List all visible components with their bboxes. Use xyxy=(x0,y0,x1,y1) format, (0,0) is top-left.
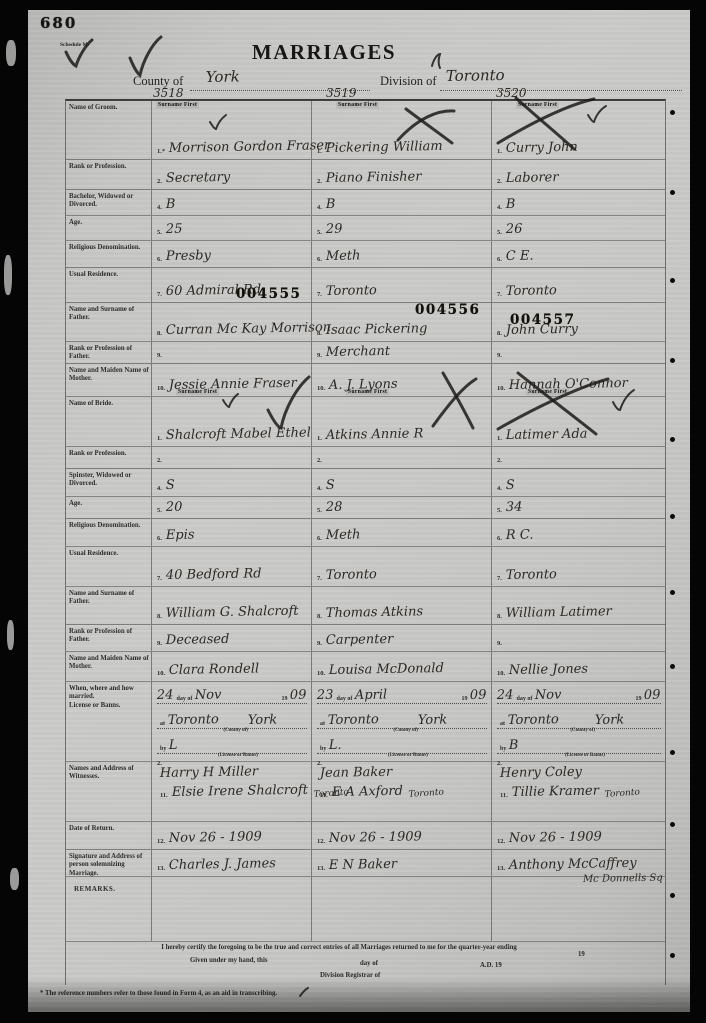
handwritten-signature: E N Baker xyxy=(329,857,397,873)
handwritten-day: 24 xyxy=(497,688,514,703)
item-number: 9. xyxy=(157,352,162,360)
year-stub: 19 xyxy=(578,951,585,958)
item-number: 5. xyxy=(317,229,322,237)
form-cell: 5.20 xyxy=(151,497,311,518)
county-of-label: (County of) xyxy=(393,728,418,733)
surname-first-stamp: Surname First xyxy=(516,102,559,109)
scan-edge-top xyxy=(0,0,706,10)
item-number: 4. xyxy=(157,485,162,493)
handwritten-county: York xyxy=(595,712,625,728)
marriage-method-line: byL.(License or Banns) xyxy=(317,734,487,754)
handwritten-entry: S xyxy=(326,478,335,493)
item-number: 4. xyxy=(317,204,322,212)
handwritten-entry: Toronto xyxy=(506,567,557,583)
row-label: Rank or Profession of Father. xyxy=(66,625,151,651)
form-row: Usual Residence.7.40 Bedford Rd7.Toronto… xyxy=(66,547,665,587)
item-number: 7. xyxy=(317,291,322,299)
item-number: 13. xyxy=(317,865,325,873)
binder-dot xyxy=(670,190,675,195)
form-cell: 6.Meth xyxy=(311,241,491,267)
item-number: 5. xyxy=(157,229,162,237)
item-number: 11. xyxy=(320,792,328,800)
handwritten-entry: William G. Shalcroft xyxy=(166,604,299,621)
handwritten-entry: 25 xyxy=(166,222,183,237)
row-label: Names and Address of Witnesses. xyxy=(66,762,151,821)
item-number: 10. xyxy=(497,385,505,393)
row-label: Age. xyxy=(66,497,151,518)
handwritten-entry: Pickering William xyxy=(326,139,443,156)
handwritten-entry: Curran Mc Kay Morrison xyxy=(166,320,332,338)
form-row: Rank or Profession.2.2.2. xyxy=(66,447,665,469)
item-number: 13. xyxy=(157,865,165,873)
form-cell: 4.S xyxy=(491,469,665,496)
item-number: 2. xyxy=(497,178,502,186)
form-row: Bachelor, Widowed or Divorced.4.B4.B4.B xyxy=(66,190,665,216)
handwritten-entry: Deceased xyxy=(166,632,230,648)
remarks-cell xyxy=(491,877,665,941)
handwritten-year: 09 xyxy=(644,688,661,703)
registration-number: 3519 xyxy=(326,86,357,100)
handwritten-entry: B xyxy=(326,197,336,212)
division-of-label: Division of xyxy=(380,74,437,89)
handwritten-entry: 29 xyxy=(326,222,343,237)
form-cell: 7.Toronto xyxy=(311,547,491,586)
item-number: 8. xyxy=(317,613,322,621)
row-label: Name and Maiden Name of Mother. xyxy=(66,652,151,681)
handwritten-method: L. xyxy=(329,738,342,753)
division-value-handwriting: Toronto xyxy=(446,66,505,85)
item-number: 8. xyxy=(497,330,502,338)
handwritten-entry: Clara Rondell xyxy=(169,661,260,678)
marriage-place-line: atTorontoYork(County of) xyxy=(497,709,661,729)
handwritten-entry: Isaac Pickering xyxy=(326,321,428,338)
at-label: at xyxy=(500,721,505,728)
row-label: Signature and Address of person solemniz… xyxy=(66,850,151,876)
binder-dot xyxy=(670,893,675,898)
item-number: 4. xyxy=(497,485,502,493)
handwritten-entry: Merchant xyxy=(326,344,390,360)
item-number: 2. xyxy=(497,457,502,465)
form-cell: 10.Hannah O'Connor xyxy=(491,364,665,396)
handwritten-witness-2: E A Axford xyxy=(332,784,403,800)
row-label-line: License or Banns. xyxy=(69,702,149,710)
marriage-date-line: 24day ofNov1909 xyxy=(497,684,661,704)
scan-artifact xyxy=(6,40,16,66)
row-label-line: When, where and how married. xyxy=(69,685,149,702)
license-or-banns-label: (License or Banns) xyxy=(218,753,258,758)
return-cell: 12.Nov 26 - 1909 xyxy=(491,822,665,849)
county-of-label: (County of) xyxy=(223,728,248,733)
form-cell: 1.Atkins Annie R xyxy=(311,397,491,446)
item-number: 4. xyxy=(157,204,162,212)
handwritten-entry: William Latimer xyxy=(506,604,612,621)
surname-first-stamp: Surname First xyxy=(526,389,569,396)
handwritten-entry: Piano Finisher xyxy=(326,169,422,186)
item-number: 9. xyxy=(497,352,502,360)
item-number: 6. xyxy=(157,535,162,543)
item-number: 6. xyxy=(317,535,322,543)
given-under-hand-text: Given under my hand, this xyxy=(190,957,268,964)
handwritten-witness-place: Toronto xyxy=(408,788,444,800)
row-label: Age. xyxy=(66,216,151,240)
form-cell: 1.*Morrison Gordon Fraser xyxy=(151,101,311,159)
marriage-place-line: atTorontoYork(County of) xyxy=(157,709,307,729)
county-value-handwriting: York xyxy=(206,67,240,86)
binder-dot xyxy=(670,358,675,363)
row-label: Date of Return. xyxy=(66,822,151,849)
page-title: MARRIAGES xyxy=(28,40,620,65)
item-number: 2. xyxy=(317,457,322,465)
row-label: When, where and how married.License or B… xyxy=(66,682,151,761)
form-cell: 9. xyxy=(151,342,311,363)
form-cell: 2. xyxy=(491,447,665,468)
registration-number: 3518 xyxy=(153,86,184,100)
binder-dot xyxy=(670,110,675,115)
by-label: by xyxy=(500,746,506,753)
scan-artifact xyxy=(4,255,12,295)
form-cell: 7.Toronto xyxy=(311,268,491,302)
item-number: 8. xyxy=(497,613,502,621)
handwritten-method: L xyxy=(169,738,178,753)
handwritten-signature: Anthony McCaffrey xyxy=(509,856,637,873)
item-number: 10. xyxy=(497,670,505,678)
item-number: 5. xyxy=(497,507,502,515)
date-of-return-row: Date of Return.12.Nov 26 - 190912.Nov 26… xyxy=(66,822,665,850)
form-cell: 9. xyxy=(491,342,665,363)
row-label: Rank or Profession of Father. xyxy=(66,342,151,363)
item-number: 6. xyxy=(317,256,322,264)
item-number: 1. xyxy=(317,435,322,443)
handwritten-entry: Morrison Gordon Fraser xyxy=(169,138,331,156)
item-number: 6. xyxy=(157,256,162,264)
form-cell: 10.Nellie Jones xyxy=(491,652,665,681)
item-number: 2. xyxy=(317,178,322,186)
binder-dot xyxy=(670,278,675,283)
item-number: 10. xyxy=(317,670,325,678)
handwritten-entry: Thomas Atkins xyxy=(326,604,423,621)
item-number: 7. xyxy=(497,575,502,583)
form-row: Name and Surname of Father.8.William G. … xyxy=(66,587,665,625)
handwritten-entry: Presby xyxy=(166,248,211,264)
item-number: 4. xyxy=(317,485,322,493)
form-row: Rank or Profession of Father.9.9.Merchan… xyxy=(66,342,665,364)
marriage-date-line: 24day ofNov1909 xyxy=(157,684,307,704)
surname-first-stamp: Surname First xyxy=(176,389,219,396)
binder-dot xyxy=(670,953,675,958)
register-table: Name of Groom.1.*Morrison Gordon Fraser1… xyxy=(65,99,666,985)
item-number: 12. xyxy=(497,838,505,846)
marriage-row: When, where and how married.License or B… xyxy=(66,682,665,762)
serial-number-stamp: 004556 xyxy=(415,302,480,318)
scan-artifact xyxy=(10,868,19,890)
marriage-cell: 24day ofNov1909atTorontoYork(County of)b… xyxy=(151,682,311,761)
form-cell: 9. xyxy=(491,625,665,651)
handwritten-witness-place: Toronto xyxy=(604,788,640,800)
marriage-method-line: byB(License or Banns) xyxy=(497,734,661,754)
row-label: Usual Residence. xyxy=(66,547,151,586)
by-label: by xyxy=(160,746,166,753)
surname-first-stamp: Surname First xyxy=(346,389,389,396)
county-of-label: (County of) xyxy=(570,728,595,733)
form-cell: 1.Latimer Ada xyxy=(491,397,665,446)
handwritten-entry: Nov 26 - 1909 xyxy=(509,829,602,846)
handwritten-entry: Toronto xyxy=(326,567,377,583)
handwritten-entry: R C. xyxy=(506,528,534,543)
surname-first-stamp: Surname First xyxy=(336,102,379,109)
row-label: Name and Maiden Name of Mother. xyxy=(66,364,151,396)
handwritten-month: Nov xyxy=(195,688,222,703)
handwritten-entry: Epis xyxy=(166,528,195,543)
row-label: Rank or Profession. xyxy=(66,447,151,468)
item-number: 11. xyxy=(500,792,508,800)
handwritten-day: 23 xyxy=(317,688,334,703)
scan-edge-bottom xyxy=(0,1012,706,1023)
form-cell: 4.S xyxy=(311,469,491,496)
item-number: 12. xyxy=(157,838,165,846)
certify-text: I hereby certify the foregoing to be the… xyxy=(68,944,610,951)
row-label: Name of Bride. xyxy=(66,397,151,446)
binder-dot xyxy=(670,590,675,595)
row-label: Name and Surname of Father. xyxy=(66,303,151,341)
ad-label: A.D. 19 xyxy=(480,962,502,969)
form-cell: 8.Curran Mc Kay Morrison xyxy=(151,303,311,341)
handwritten-entry: B xyxy=(166,197,176,212)
form-row: Name of Bride.1.Shalcroft Mabel Ethel1.A… xyxy=(66,397,665,447)
form-cell: 5.34 xyxy=(491,497,665,518)
form-cell: 4.B xyxy=(491,190,665,215)
form-cell: 2.Secretary xyxy=(151,160,311,189)
binder-dot xyxy=(670,437,675,442)
bottom-fold-shadow xyxy=(28,978,690,1012)
form-cell: 4.B xyxy=(311,190,491,215)
scan-artifact xyxy=(7,620,14,650)
row-label: Name of Groom. xyxy=(66,101,151,159)
form-row: Name of Groom.1.*Morrison Gordon Fraser1… xyxy=(66,101,665,160)
form-row: Age.5.205.285.34 xyxy=(66,497,665,519)
form-cell: 10.Jessie Annie Fraser xyxy=(151,364,311,396)
form-row: Name and Maiden Name of Mother.10.Clara … xyxy=(66,652,665,682)
scanned-marriage-register-page: 680 Schedule M. MARRIAGES County of York… xyxy=(0,0,706,1023)
witness-line-2: 11.Tillie KramerToronto xyxy=(500,785,663,800)
year-prefix: 19 xyxy=(635,696,641,703)
form-cell: 8.Thomas Atkins xyxy=(311,587,491,624)
handwritten-entry: 20 xyxy=(166,500,183,515)
handwritten-witness-2: Elsie Irene Shalcroft xyxy=(172,783,308,800)
handwritten-signature: Charles J. James xyxy=(169,856,276,873)
handwritten-entry: 26 xyxy=(506,222,523,237)
form-cell: 5.25 xyxy=(151,216,311,240)
row-label: Spinster, Widowed or Divorced. xyxy=(66,469,151,496)
handwritten-entry: C E. xyxy=(506,249,534,264)
by-label: by xyxy=(320,746,326,753)
form-cell: 7.Toronto xyxy=(491,547,665,586)
form-cell: 6.R C. xyxy=(491,519,665,546)
registration-number: 3520 xyxy=(496,86,527,100)
form-cell: 5.26 xyxy=(491,216,665,240)
handwritten-entry: S xyxy=(506,478,515,493)
marriage-place-line: atTorontoYork(County of) xyxy=(317,709,487,729)
form-row: Age.5.255.295.26 xyxy=(66,216,665,241)
item-number: 10. xyxy=(157,385,165,393)
form-cell: 1.Shalcroft Mabel Ethel xyxy=(151,397,311,446)
year-prefix: 19 xyxy=(281,696,287,703)
item-number: 7. xyxy=(497,291,502,299)
day-of-label: day of xyxy=(337,696,353,703)
handwritten-entry: Carpenter xyxy=(326,632,394,648)
form-cell: 10.A. J. Lyons xyxy=(311,364,491,396)
at-label: at xyxy=(160,721,165,728)
remarks-cell xyxy=(311,877,491,941)
license-or-banns-label: (License or Banns) xyxy=(388,753,428,758)
item-number: 9. xyxy=(157,640,162,648)
division-underline xyxy=(440,89,682,91)
form-cell: 5.29 xyxy=(311,216,491,240)
signature-row: Signature and Address of person solemniz… xyxy=(66,850,665,877)
form-cell: 2. xyxy=(151,447,311,468)
form-cell: 6.C E. xyxy=(491,241,665,267)
handwritten-year: 09 xyxy=(290,688,307,703)
witness-line-2: 11.E A AxfordToronto xyxy=(320,785,489,800)
witness-cell: Harry H Miller11.Elsie Irene ShalcroftTo… xyxy=(151,762,311,821)
form-cell: 9.Deceased xyxy=(151,625,311,651)
item-number: 6. xyxy=(497,535,502,543)
handwritten-entry: Shalcroft Mabel Ethel xyxy=(166,425,311,443)
item-number: 2. xyxy=(157,178,162,186)
handwritten-year: 09 xyxy=(470,688,487,703)
form-cell: 4.B xyxy=(151,190,311,215)
form-row: Rank or Profession.2.Secretary2.Piano Fi… xyxy=(66,160,665,190)
witness-cell: Henry Coley11.Tillie KramerToronto xyxy=(491,762,665,821)
item-number: 1. xyxy=(317,148,322,156)
row-label: Religious Denomination. xyxy=(66,241,151,267)
signature-cell: 13.Charles J. James xyxy=(151,850,311,876)
item-number: 9. xyxy=(317,640,322,648)
handwritten-place: Toronto xyxy=(328,712,379,728)
handwritten-day: 24 xyxy=(157,688,174,703)
item-number: 8. xyxy=(157,613,162,621)
binder-dot xyxy=(670,822,675,827)
item-number: 5. xyxy=(157,507,162,515)
item-number: 1. xyxy=(497,435,502,443)
item-number: 13. xyxy=(497,865,505,873)
item-number: 5. xyxy=(317,507,322,515)
item-number: 8. xyxy=(157,330,162,338)
handwritten-entry: 34 xyxy=(506,500,523,515)
form-cell: 6.Presby xyxy=(151,241,311,267)
binder-dot xyxy=(670,750,675,755)
witness-cell: Jean Baker11.E A AxfordToronto xyxy=(311,762,491,821)
marriage-date-line: 23day ofApril1909 xyxy=(317,684,487,704)
form-cell: 6.Epis xyxy=(151,519,311,546)
at-label: at xyxy=(320,721,325,728)
handwritten-entry: Meth xyxy=(326,248,361,264)
form-cell: 5.28 xyxy=(311,497,491,518)
day-of-label: day of xyxy=(360,960,378,967)
row-label: Rank or Profession. xyxy=(66,160,151,189)
handwritten-entry: Toronto xyxy=(326,283,377,299)
remarks-row: REMARKS. xyxy=(66,877,665,942)
serial-number-stamp: 004557 xyxy=(510,312,575,328)
handwritten-entry: 40 Bedford Rd xyxy=(166,566,262,583)
form-row: Religious Denomination.6.Presby6.Meth6.C… xyxy=(66,241,665,268)
witness-line-2: 11.Elsie Irene ShalcroftToronto xyxy=(160,785,309,800)
item-number: 10. xyxy=(317,385,325,393)
form-cell: 2.Laborer xyxy=(491,160,665,189)
row-label: Name and Surname of Father. xyxy=(66,587,151,624)
day-of-label: day of xyxy=(517,696,533,703)
return-cell: 12.Nov 26 - 1909 xyxy=(151,822,311,849)
handwritten-place: Toronto xyxy=(168,712,219,728)
item-number: 6. xyxy=(497,256,502,264)
handwritten-method: B xyxy=(509,738,519,753)
handwritten-entry: Secretary xyxy=(166,170,231,186)
handwritten-county: York xyxy=(418,712,448,728)
item-number: 7. xyxy=(317,575,322,583)
form-row: Rank or Profession of Father.9.Deceased9… xyxy=(66,625,665,652)
handwritten-place: Toronto xyxy=(508,712,559,728)
item-number: 1. xyxy=(157,435,162,443)
form-cell: 2.Piano Finisher xyxy=(311,160,491,189)
form-cell: 9.Merchant xyxy=(311,342,491,363)
signature-cell: 13.Anthony McCaffreyMc Donnells Sq xyxy=(491,850,665,876)
binder-dot xyxy=(670,514,675,519)
surname-first-stamp: Surname First xyxy=(156,102,199,109)
form-cell: 10.Louisa McDonald xyxy=(311,652,491,681)
handwritten-entry: Nov 26 - 1909 xyxy=(329,829,422,846)
item-number: 12. xyxy=(317,838,325,846)
handwritten-entry: Toronto xyxy=(506,283,557,299)
item-number: 5. xyxy=(497,229,502,237)
form-cell: 1.Pickering William xyxy=(311,101,491,159)
item-number: 7. xyxy=(157,575,162,583)
form-cell: 8.William Latimer xyxy=(491,587,665,624)
item-number: 8. xyxy=(317,330,322,338)
form-cell: 8.William G. Shalcroft xyxy=(151,587,311,624)
item-number: 9. xyxy=(497,640,502,648)
license-or-banns-label: (License or Banns) xyxy=(565,753,605,758)
handwritten-witness-1: Jean Baker xyxy=(320,763,489,781)
item-number: 7. xyxy=(157,291,162,299)
row-label: Religious Denomination. xyxy=(66,519,151,546)
row-label: Bachelor, Widowed or Divorced. xyxy=(66,190,151,215)
marriage-cell: 24day ofNov1909atTorontoYork(County of)b… xyxy=(491,682,665,761)
handwritten-entry: Meth xyxy=(326,527,361,543)
item-number: 1. xyxy=(497,148,502,156)
form-row: Usual Residence.7.60 Admiral Rd7.Toronto… xyxy=(66,268,665,303)
form-cell: 4.S xyxy=(151,469,311,496)
scan-edge-right xyxy=(692,0,706,1023)
remarks-cell xyxy=(151,877,311,941)
handwritten-witness-2: Tillie Kramer xyxy=(512,783,599,800)
serial-number-stamp: 004555 xyxy=(236,286,301,302)
day-of-label: day of xyxy=(177,696,193,703)
binder-dot xyxy=(670,664,675,669)
handwritten-witness-1: Harry H Miller xyxy=(160,763,309,781)
form-cell: 1.Curry John xyxy=(491,101,665,159)
handwritten-entry: Curry John xyxy=(506,140,578,156)
handwritten-entry: Nov 26 - 1909 xyxy=(169,829,262,846)
handwritten-entry: S xyxy=(166,478,175,493)
handwritten-entry: Latimer Ada xyxy=(506,427,588,443)
witnesses-row: Names and Address of Witnesses.Harry H M… xyxy=(66,762,665,822)
handwritten-month: Nov xyxy=(535,688,562,703)
paper-sheet: 680 Schedule M. MARRIAGES County of York… xyxy=(28,10,690,1012)
item-number: 9. xyxy=(317,352,322,360)
row-label: Usual Residence. xyxy=(66,268,151,302)
form-cell: 6.Meth xyxy=(311,519,491,546)
handwritten-witness-1: Henry Coley xyxy=(500,763,663,781)
form-cell: 7.Toronto xyxy=(491,268,665,302)
